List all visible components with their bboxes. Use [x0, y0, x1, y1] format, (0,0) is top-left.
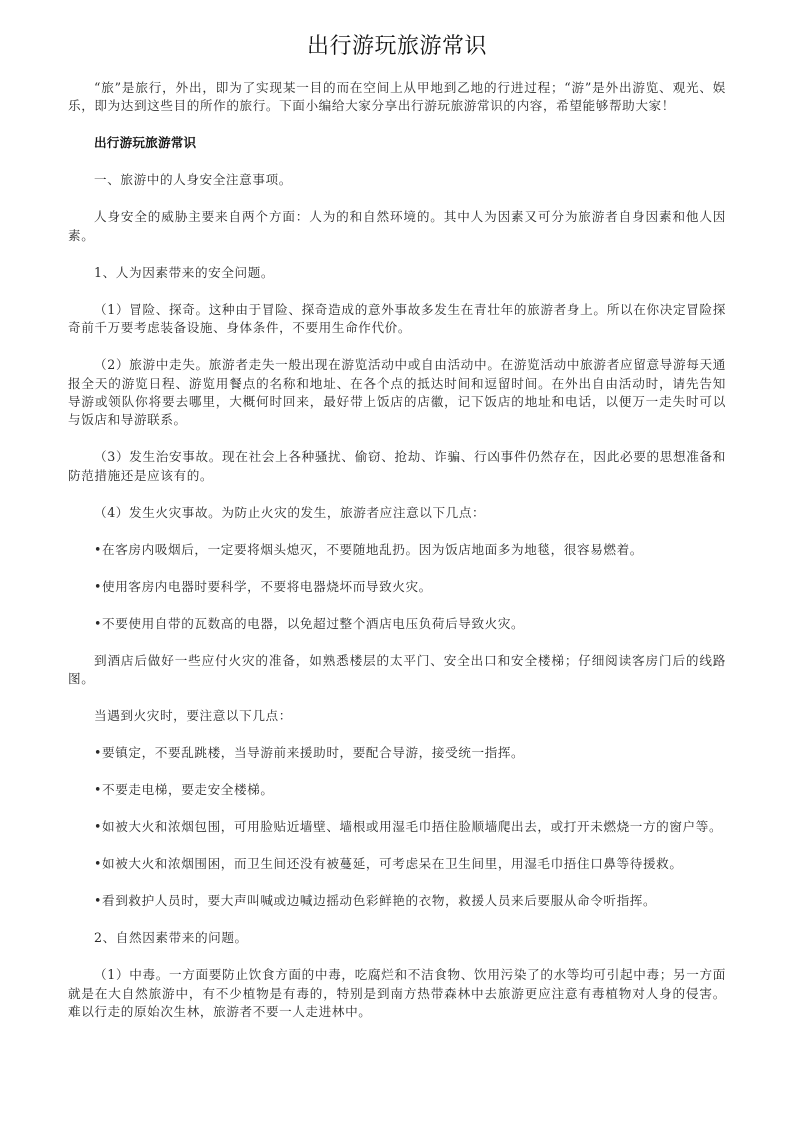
paragraph-fire-preparation: 到酒店后做好一些应付火灾的准备，如熟悉楼层的太平门、安全出口和安全楼梯；仔细阅读… [68, 652, 726, 689]
document-title: 出行游玩旅游常识 [68, 33, 726, 61]
paragraph-fire-accidents: （4）发生火灾事故。为防止火灾的发生，旅游者应注意以下几点： [68, 504, 726, 522]
list-item-stay-calm: •要镇定，不要乱跳楼，当导游前来援助时，要配合导游，接受统一指挥。 [68, 744, 726, 762]
paragraph-threat-sources: 人身安全的威胁主要来自两个方面：人为的和自然环境的。其中人为因素又可分为旅游者自… [68, 208, 726, 245]
list-item-appliances: •使用客房内电器时要科学，不要将电器烧坏而导致火灾。 [68, 578, 726, 596]
paragraph-when-fire: 当遇到火灾时，要注意以下几点： [68, 707, 726, 725]
paragraph-adventure: （1）冒险、探奇。这种由于冒险、探奇造成的意外事故多发生在青壮年的旅游者身上。所… [68, 301, 726, 338]
subsection-human-factors: 1、人为因素带来的安全问题。 [68, 264, 726, 282]
intro-paragraph: “旅”是旅行，外出，即为了实现某一目的而在空间上从甲地到乙地的行进过程；“游”是… [68, 79, 726, 116]
paragraph-poisoning: （1）中毒。一方面要防止饮食方面的中毒，吃腐烂和不洁食物、饮用污染了的水等均可引… [68, 966, 726, 1021]
list-item-surrounded: •如被大火和浓烟包围，可用脸贴近墙壁、墙根或用湿毛巾捂住脸顺墙爬出去，或打开未燃… [68, 818, 726, 836]
paragraph-public-security: （3）发生治安事故。现在社会上各种骚扰、偷窃、抢劫、诈骗、行凶事件仍然存在，因此… [68, 448, 726, 485]
list-item-signal-rescuers: •看到救护人员时，要大声叫喊或边喊边摇动色彩鲜艳的衣物，救援人员来后要服从命令听… [68, 892, 726, 910]
document-body: “旅”是旅行，外出，即为了实现某一目的而在空间上从甲地到乙地的行进过程；“游”是… [68, 79, 726, 1040]
section-heading: 出行游玩旅游常识 [68, 134, 726, 152]
subsection-natural-factors: 2、自然因素带来的问题。 [68, 929, 726, 947]
list-item-smoking: •在客房内吸烟后，一定要将烟头熄灭，不要随地乱扔。因为饭店地面多为地毯，很容易燃… [68, 541, 726, 559]
list-item-no-elevator: •不要走电梯，要走安全楼梯。 [68, 781, 726, 799]
list-item-high-wattage: •不要使用自带的瓦数高的电器，以免超过整个酒店电压负荷后导致火灾。 [68, 615, 726, 633]
section-title-personal-safety: 一、旅游中的人身安全注意事项。 [68, 171, 726, 189]
paragraph-getting-lost: （2）旅游中走失。旅游者走失一般出现在游览活动中或自由活动中。在游览活动中旅游者… [68, 356, 726, 430]
list-item-bathroom: •如被大火和浓烟围困，而卫生间还没有被蔓延，可考虑呆在卫生间里，用湿毛巾捂住口鼻… [68, 855, 726, 873]
